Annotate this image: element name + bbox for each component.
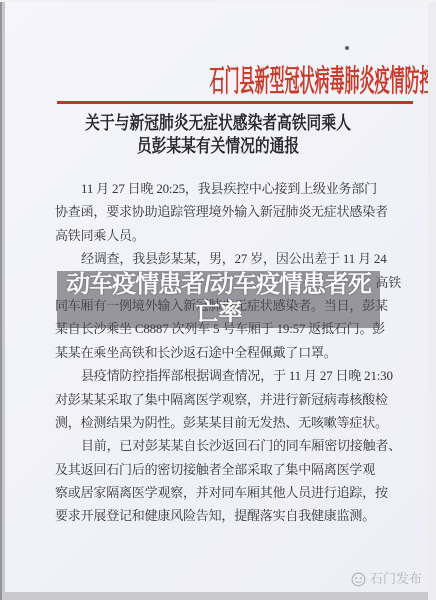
- letterhead-office-name: 石门县新型冠状病毒肺炎疫情防控指挥部办公室: [210, 56, 436, 100]
- document-title-line1: 关于与新冠肺炎无症状感染者高铁同乘人: [39, 112, 397, 135]
- ink-dot: [345, 46, 349, 50]
- shimen-fabu-logo-icon: [351, 572, 366, 587]
- document-body-line: 11 月 27 日晚 20:25，我县疾控中心接到上级业务部门: [55, 177, 405, 200]
- document-body-line: 对彭某某采取了集中隔离医学观察，并进行新冠病毒核酸检: [55, 388, 405, 411]
- document-body-line: 目前，已对彭某某自长沙返回石门的同车厢密切接触者、: [55, 434, 405, 457]
- document-photo: 石门县新型冠状病毒肺炎疫情防控指挥部办公室 关于与新冠肺炎无症状感染者高铁同乘人…: [0, 0, 436, 600]
- document-body-line: 高铁同乘人员。: [55, 224, 405, 247]
- letterhead-rule: [57, 101, 413, 104]
- overlay-caption-line1: 动车疫情患者/动车疫情患者死: [57, 271, 380, 299]
- document-body-line: 察或居家隔离医学观察，并对同车厢其他人员进行追踪，按: [55, 481, 405, 504]
- document-body: 11 月 27 日晚 20:25，我县疾控中心接到上级业务部门 协查函，要求协助…: [55, 177, 405, 528]
- photo-edge-right: [428, 0, 436, 600]
- overlay-caption-band: 动车疫情患者/动车疫情患者死 亡率: [57, 271, 380, 328]
- photo-edge-top: [0, 0, 436, 2]
- document-body-line: 经调查，我县彭某某，男，27 岁，因公出差于 11 月 24: [55, 247, 405, 270]
- photo-edge-left: [0, 0, 2, 600]
- document-title-line2: 员彭某某有关情况的通报: [39, 135, 397, 158]
- letterhead: 石门县新型冠状病毒肺炎疫情防控指挥部办公室: [52, 56, 382, 100]
- watermark: 石门发布: [351, 571, 422, 587]
- document-title: 关于与新冠肺炎无症状感染者高铁同乘人 员彭某某有关情况的通报: [0, 112, 436, 158]
- overlay-caption-line2: 亡率: [57, 299, 380, 327]
- document-body-line: 测，检测结果为阴性。彭某某目前无发热、无咳嗽等症状。: [55, 411, 405, 434]
- document-body-line: 协查函，要求协助追踪管理境外输入新冠肺炎无症状感染者: [55, 200, 405, 223]
- document-body-line: 县疫情防控指挥部根据调查情况，于 11 月 27 日晚 21:30: [55, 364, 405, 387]
- document-body-line: 及其返回石门后的密切接触者全部采取了集中隔离医学观: [55, 458, 405, 481]
- document-body-line: 要求开展登记和健康风险告知，提醒落实自我健康监测。: [55, 504, 405, 527]
- document-body-line: 某某在乘坐高铁和长沙返石途中全程佩戴了口罩。: [55, 341, 405, 364]
- watermark-label: 石门发布: [370, 571, 422, 587]
